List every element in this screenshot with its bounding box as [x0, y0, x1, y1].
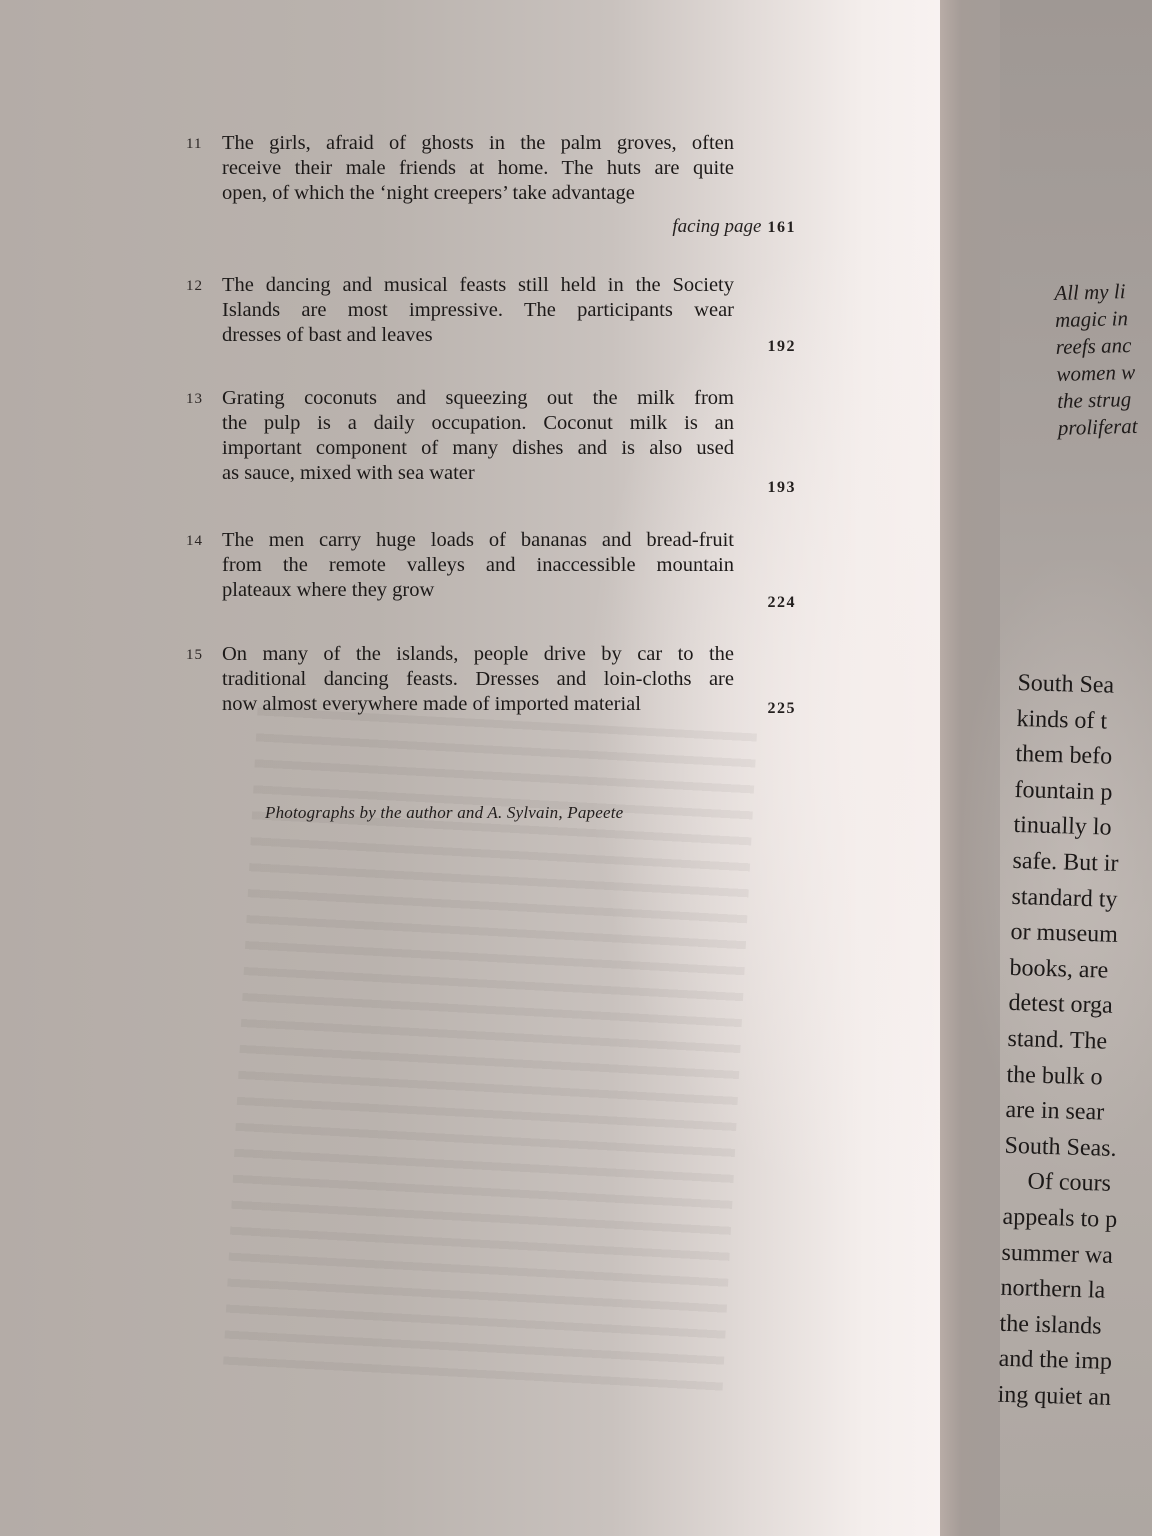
caption-line: Grating coconuts and squeezing out the m…: [222, 386, 734, 411]
plate-entry-14: 14 The men carry huge loads of bananas a…: [186, 528, 796, 603]
body-line: the bulk o: [1006, 1057, 1122, 1096]
caption-line: traditional dancing feasts. Dresses and …: [222, 667, 734, 692]
epigraph-line: magic in: [1055, 305, 1135, 334]
caption-line: On many of the islands, people drive by …: [222, 642, 734, 667]
page-number: 193: [768, 475, 797, 500]
body-line: kinds of t: [1016, 702, 1132, 741]
body-line: and the imp: [998, 1342, 1114, 1381]
epigraph-line: proliferat: [1058, 413, 1138, 442]
photo-credit: Photographs by the author and A. Sylvain…: [265, 803, 623, 823]
plate-number: 15: [186, 643, 203, 668]
caption-line: open, of which the ‘night creepers’ take…: [222, 181, 734, 206]
body-line: ing quiet an: [997, 1378, 1113, 1417]
body-line: standard ty: [1011, 879, 1127, 918]
plate-entry-11: 11 The girls, afraid of ghosts in the pa…: [186, 131, 796, 206]
epigraph-line: reefs anc: [1055, 332, 1135, 361]
epigraph-line: women w: [1056, 359, 1136, 388]
plate-number: 13: [186, 387, 203, 412]
caption-line: The girls, afraid of ghosts in the palm …: [222, 131, 734, 156]
plate-entry-15: 15 On many of the islands, people drive …: [186, 642, 796, 717]
page-number: 225: [768, 696, 797, 721]
caption-line: now almost everywhere made of imported m…: [222, 692, 734, 717]
plate-caption: The men carry huge loads of bananas and …: [222, 528, 734, 603]
epigraph-line: the strug: [1057, 386, 1137, 415]
plate-caption: Grating coconuts and squeezing out the m…: [222, 386, 734, 486]
body-line: them befo: [1015, 737, 1131, 776]
caption-line: plateaux where they grow: [222, 578, 734, 603]
body-line: tinually lo: [1013, 808, 1129, 847]
caption-line: The men carry huge loads of bananas and …: [222, 528, 734, 553]
body-line: the islands: [999, 1306, 1115, 1345]
body-text: South Sea kinds of t them befo fountain …: [997, 666, 1132, 1416]
caption-line: The dancing and musical feasts still hel…: [222, 273, 734, 298]
page-number: 224: [768, 590, 797, 615]
plate-caption: On many of the islands, people drive by …: [222, 642, 734, 717]
plate-caption: The dancing and musical feasts still hel…: [222, 273, 734, 348]
caption-line: important component of many dishes and i…: [222, 436, 734, 461]
body-line: appeals to p: [1002, 1200, 1118, 1239]
plate-number: 11: [186, 132, 202, 157]
body-line: fountain p: [1014, 773, 1130, 812]
body-line: stand. The: [1007, 1022, 1123, 1061]
caption-line: as sauce, mixed with sea water: [222, 461, 734, 486]
body-line: books, are: [1009, 951, 1125, 990]
body-line: Of cours: [1003, 1164, 1119, 1203]
plate-entry-13: 13 Grating coconuts and squeezing out th…: [186, 386, 796, 486]
caption-line: the pulp is a daily occupation. Coconut …: [222, 411, 734, 436]
body-line: South Sea: [1017, 666, 1133, 705]
body-line: summer wa: [1001, 1235, 1117, 1274]
caption-line: from the remote valleys and inaccessible…: [222, 553, 734, 578]
page-number: 161: [768, 219, 797, 236]
caption-line: dresses of bast and leaves: [222, 323, 734, 348]
body-line: are in sear: [1005, 1093, 1121, 1132]
page-reference: facing page161: [672, 214, 796, 240]
plate-number: 12: [186, 274, 203, 299]
plate-number: 14: [186, 529, 203, 554]
body-line: South Seas.: [1004, 1129, 1120, 1168]
plate-caption: The girls, afraid of ghosts in the palm …: [222, 131, 734, 206]
body-line: northern la: [1000, 1271, 1116, 1310]
body-line: detest orga: [1008, 986, 1124, 1025]
epigraph-line: All my li: [1054, 278, 1134, 307]
body-line: or museum: [1010, 915, 1126, 954]
page-number: 192: [768, 334, 797, 359]
epigraph: All my li magic in reefs anc women w the…: [1054, 278, 1138, 442]
caption-line: Islands are most impressive. The partici…: [222, 298, 734, 323]
body-line: safe. But ir: [1012, 844, 1128, 883]
plate-entry-12: 12 The dancing and musical feasts still …: [186, 273, 796, 348]
caption-line: receive their male friends at home. The …: [222, 156, 734, 181]
facing-page-label: facing page: [672, 216, 761, 237]
